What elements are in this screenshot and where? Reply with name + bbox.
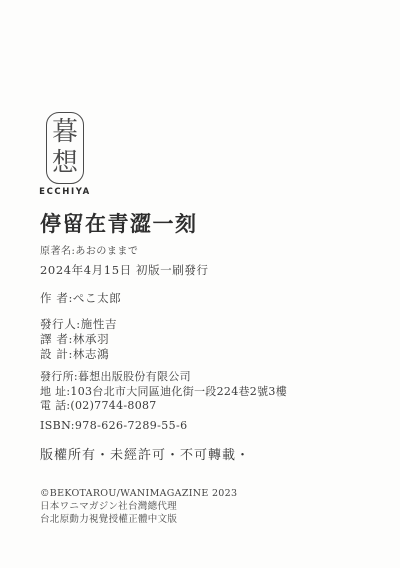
book-title: 停留在青澀一刻: [40, 208, 198, 238]
publisher-info: 發行所:暮想出版股份有限公司 地 址:103台北市大同區迪化街一段224巷2號3…: [40, 370, 287, 414]
license-info: ©BEKOTAROU/WANIMAGAZINE 2023 日本ワニマガジン社台灣…: [40, 487, 237, 526]
publisher-address: 地 址:103台北市大同區迪化街一段224巷2號3樓: [40, 385, 287, 400]
isbn: ISBN:978-626-7289-55-6: [40, 419, 188, 432]
edition-license-line: 台北原動力視覺授權正體中文版: [40, 513, 237, 526]
colophon-page: 暮 想 ECCHIYA 停留在青澀一刻 原著名:あおのままで 2024年4月15…: [0, 0, 400, 568]
publisher-person: 發行人:施性吉: [40, 317, 117, 332]
staff-credits: 發行人:施性吉 譯 者:林承羽 設 計:林志鴻: [40, 317, 117, 362]
seal-mark-icon: 暮 想: [46, 112, 84, 184]
original-title: 原著名:あおのままで: [40, 242, 198, 257]
publisher-office: 發行所:暮想出版股份有限公司: [40, 370, 287, 385]
publisher-logo: 暮 想 ECCHIYA: [42, 112, 88, 197]
rights-notice: 版權所有・未經許可・不可轉載・: [40, 444, 250, 463]
publisher-phone: 電 話:(02)7744-8087: [40, 399, 287, 414]
designer-credit: 設 計:林志鴻: [40, 347, 117, 362]
agency-line: 日本ワニマガジン社台灣總代理: [40, 500, 237, 513]
title-block: 停留在青澀一刻 原著名:あおのままで: [40, 208, 198, 257]
brand-name: ECCHIYA: [39, 187, 91, 197]
author-credit: 作 者:ぺこ太郎: [40, 290, 121, 306]
translator-credit: 譯 者:林承羽: [40, 332, 117, 347]
copyright-line: ©BEKOTAROU/WANIMAGAZINE 2023: [40, 487, 237, 500]
seal-char-top: 暮: [52, 117, 78, 148]
edition-date: 2024年4月15日 初版一刷發行: [40, 262, 209, 278]
seal-char-bottom: 想: [52, 148, 78, 179]
